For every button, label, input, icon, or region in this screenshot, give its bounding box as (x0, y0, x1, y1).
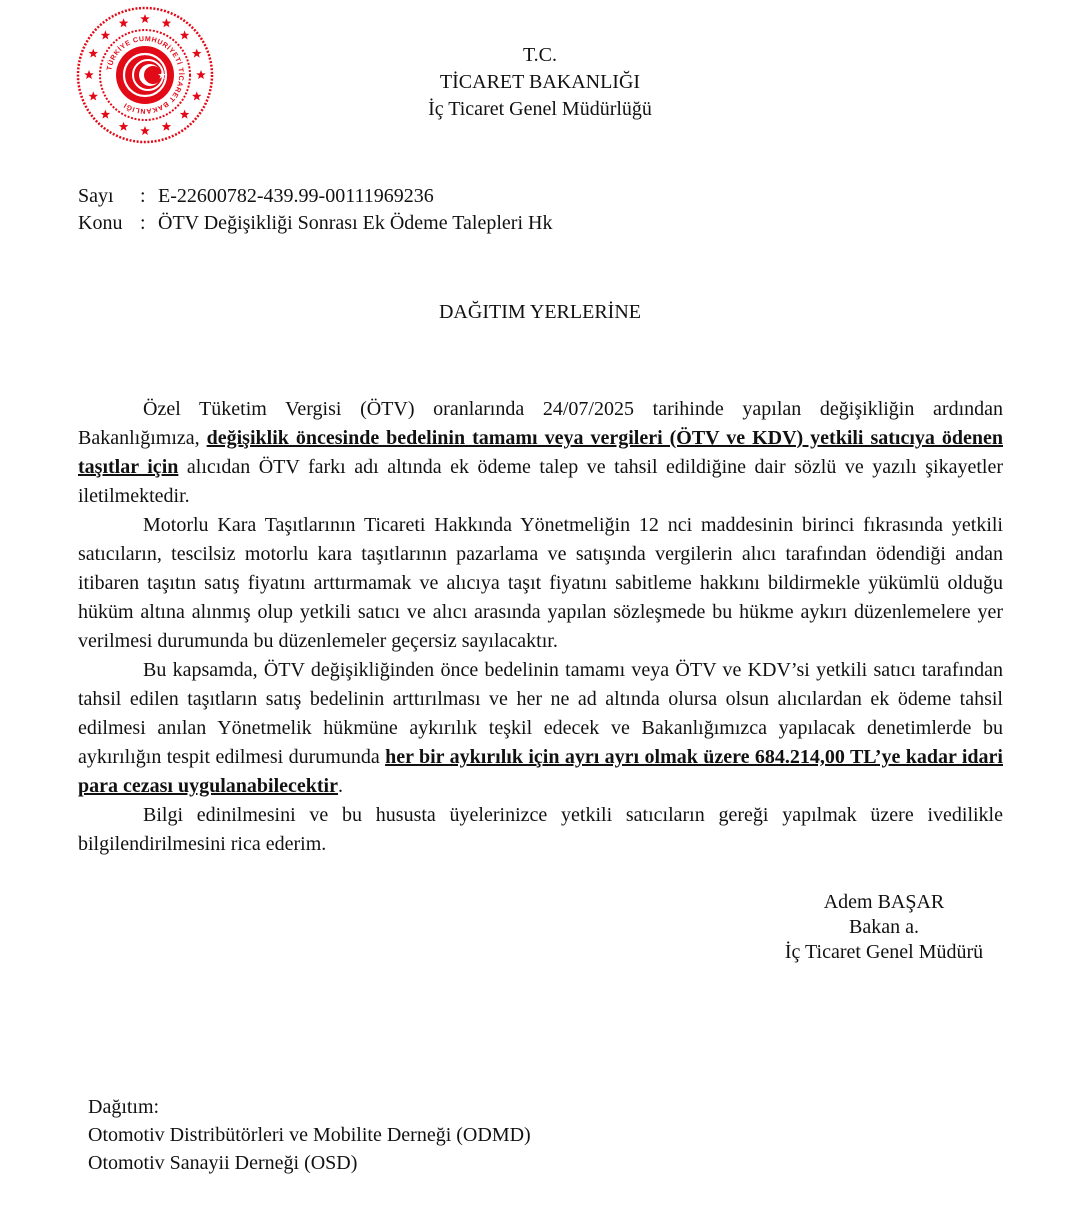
konu-row: Konu : ÖTV Değişikliği Sonrası Ek Ödeme … (78, 210, 552, 237)
document-meta: Sayı : E-22600782-439.99-00111969236 Kon… (78, 183, 552, 237)
signature-block: Adem BAŞAR Bakan a. İç Ticaret Genel Müd… (756, 890, 1012, 965)
distribution-list: Dağıtım: Otomotiv Distribütörleri ve Mob… (88, 1093, 531, 1177)
letter-body: Özel Tüketim Vergisi (ÖTV) oranlarında 2… (78, 395, 1003, 859)
konu-label: Konu (78, 210, 140, 237)
separator: : (140, 210, 158, 237)
paragraph-2: Motorlu Kara Taşıtlarının Ticareti Hakkı… (78, 511, 1003, 656)
header-directorate: İç Ticaret Genel Müdürlüğü (0, 96, 1080, 123)
distribution-item: Otomotiv Distribütörleri ve Mobilite Der… (88, 1121, 531, 1149)
sayi-row: Sayı : E-22600782-439.99-00111969236 (78, 183, 552, 210)
sayi-value: E-22600782-439.99-00111969236 (158, 183, 434, 210)
signatory-name: Adem BAŞAR (756, 890, 1012, 915)
signatory-title: İç Ticaret Genel Müdürü (756, 940, 1012, 965)
letterhead: T.C. TİCARET BAKANLIĞI İç Ticaret Genel … (0, 42, 1080, 123)
paragraph-1-text-end: alıcıdan ÖTV farkı adı altında ek ödeme … (78, 456, 1003, 507)
separator: : (140, 183, 158, 210)
paragraph-1: Özel Tüketim Vergisi (ÖTV) oranlarında 2… (78, 395, 1003, 511)
sayi-label: Sayı (78, 183, 140, 210)
paragraph-3: Bu kapsamda, ÖTV değişikliğinden önce be… (78, 656, 1003, 801)
distribution-label: Dağıtım: (88, 1093, 531, 1121)
konu-value: ÖTV Değişikliği Sonrası Ek Ödeme Taleple… (158, 210, 552, 237)
header-ministry: TİCARET BAKANLIĞI (0, 69, 1080, 96)
paragraph-3-text-end: . (338, 775, 343, 797)
addressee-title: DAĞITIM YERLERİNE (0, 301, 1080, 324)
paragraph-4: Bilgi edinilmesini ve bu hususta üyeleri… (78, 801, 1003, 859)
header-tc: T.C. (0, 42, 1080, 69)
signatory-role: Bakan a. (756, 915, 1012, 940)
distribution-item: Otomotiv Sanayii Derneği (OSD) (88, 1149, 531, 1177)
